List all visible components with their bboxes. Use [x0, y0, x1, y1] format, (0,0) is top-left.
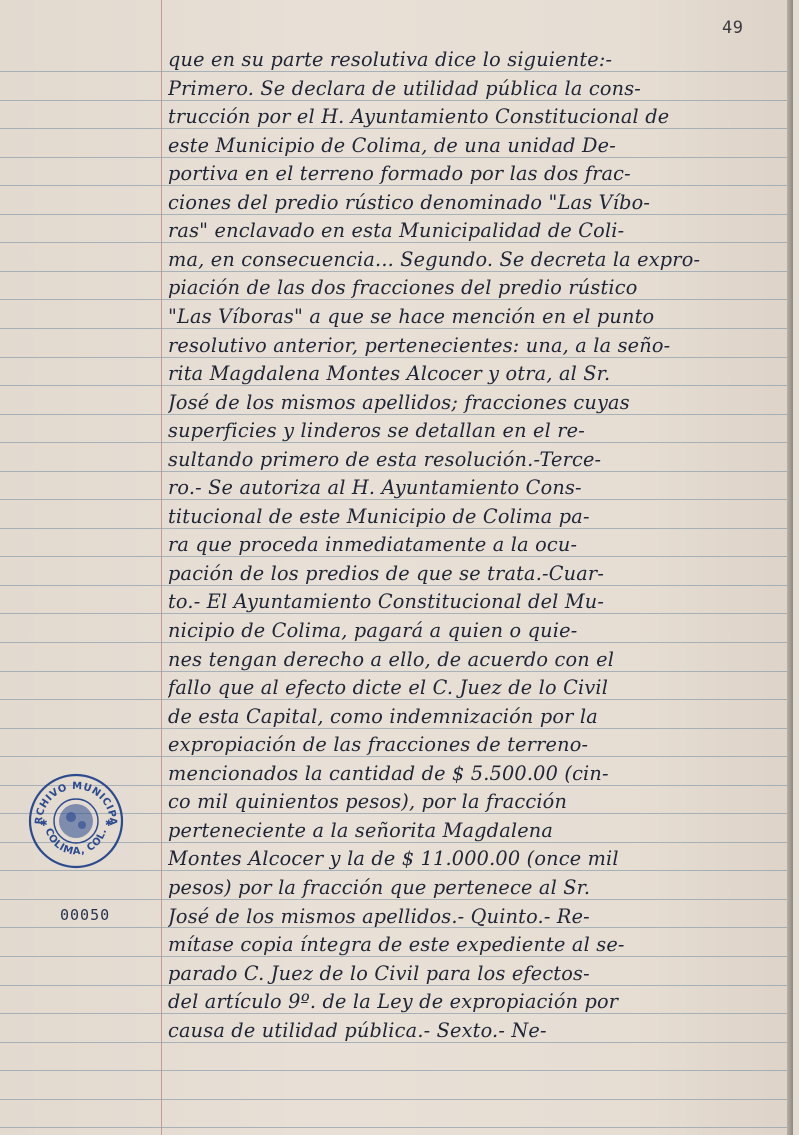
ledger-page: 49 que en su parte resolutiva dice lo si… — [0, 0, 793, 1135]
handwritten-line: que en su parte resolutiva dice lo sigui… — [168, 47, 780, 73]
handwritten-line: superficies y linderos se detallan en el… — [168, 418, 780, 444]
handwritten-line: ras" enclavado en esta Municipalidad de … — [168, 218, 780, 244]
archivo-municipal-stamp: ARCHIVO MUNICIPAL COLIMA, COL. ✱ ✱ — [26, 771, 126, 871]
handwritten-line: causa de utilidad pública.- Sexto.- Ne- — [168, 1018, 780, 1044]
handwritten-line: ra que proceda inmediatamente a la ocu- — [168, 532, 780, 558]
handwritten-line: titucional de este Municipio de Colima p… — [168, 504, 780, 530]
handwritten-line: nicipio de Colima, pagará a quien o quie… — [168, 618, 780, 644]
handwritten-line: José de los mismos apellidos; fracciones… — [168, 390, 780, 416]
svg-text:✱: ✱ — [105, 819, 113, 829]
handwritten-line: pesos) por la fracción que pertenece al … — [168, 875, 780, 901]
handwritten-line: nes tengan derecho a ello, de acuerdo co… — [168, 647, 780, 673]
handwritten-line: "Las Víboras" a que se hace mención en e… — [168, 304, 780, 330]
archive-folio-number: 00050 — [60, 906, 110, 924]
ruled-line — [0, 1070, 793, 1071]
handwritten-line: co mil quinientos pesos), por la fracció… — [168, 789, 780, 815]
handwritten-line: sultando primero de esta resolución.-Ter… — [168, 447, 780, 473]
handwritten-line: trucción por el H. Ayuntamiento Constitu… — [168, 104, 780, 130]
svg-text:✱: ✱ — [40, 819, 48, 829]
handwritten-line: mencionados la cantidad de $ 5.500.00 (c… — [168, 761, 780, 787]
handwritten-line: de esta Capital, como indemnización por … — [168, 704, 780, 730]
handwritten-line: portiva en el terreno formado por las do… — [168, 161, 780, 187]
handwritten-line: resolutivo anterior, pertenecientes: una… — [168, 333, 780, 359]
handwritten-line: pación de los predios de que se trata.-C… — [168, 561, 780, 587]
handwritten-line: to.- El Ayuntamiento Constitucional del … — [168, 589, 780, 615]
ruled-line — [0, 1099, 793, 1100]
handwritten-line: expropiación de las fracciones de terren… — [168, 732, 780, 758]
page-number: 49 — [722, 18, 743, 38]
handwritten-line: parado C. Juez de lo Civil para los efec… — [168, 961, 780, 987]
seal-icon: ARCHIVO MUNICIPAL COLIMA, COL. ✱ ✱ — [26, 771, 126, 871]
handwritten-line: ma, en consecuencia... Segundo. Se decre… — [168, 247, 780, 273]
margin-line — [161, 0, 162, 1135]
handwritten-line: ro.- Se autoriza al H. Ayuntamiento Cons… — [168, 475, 780, 501]
ruled-line — [0, 1127, 793, 1128]
handwritten-line: mítase copia íntegra de este expediente … — [168, 932, 780, 958]
handwritten-line: ciones del predio rústico denominado "La… — [168, 190, 780, 216]
handwritten-line: fallo que al efecto dicte el C. Juez de … — [168, 675, 780, 701]
handwritten-line: Primero. Se declara de utilidad pública … — [168, 76, 780, 102]
handwritten-line: este Municipio de Colima, de una unidad … — [168, 133, 780, 159]
page-edge-shadow — [787, 0, 793, 1135]
handwritten-line: perteneciente a la señorita Magdalena — [168, 818, 780, 844]
handwritten-line: del artículo 9º. de la Ley de expropiaci… — [168, 989, 780, 1015]
handwritten-line: rita Magdalena Montes Alcocer y otra, al… — [168, 361, 780, 387]
handwritten-line: José de los mismos apellidos.- Quinto.- … — [168, 904, 780, 930]
handwritten-line: Montes Alcocer y la de $ 11.000.00 (once… — [168, 846, 780, 872]
handwritten-line: piación de las dos fracciones del predio… — [168, 275, 780, 301]
